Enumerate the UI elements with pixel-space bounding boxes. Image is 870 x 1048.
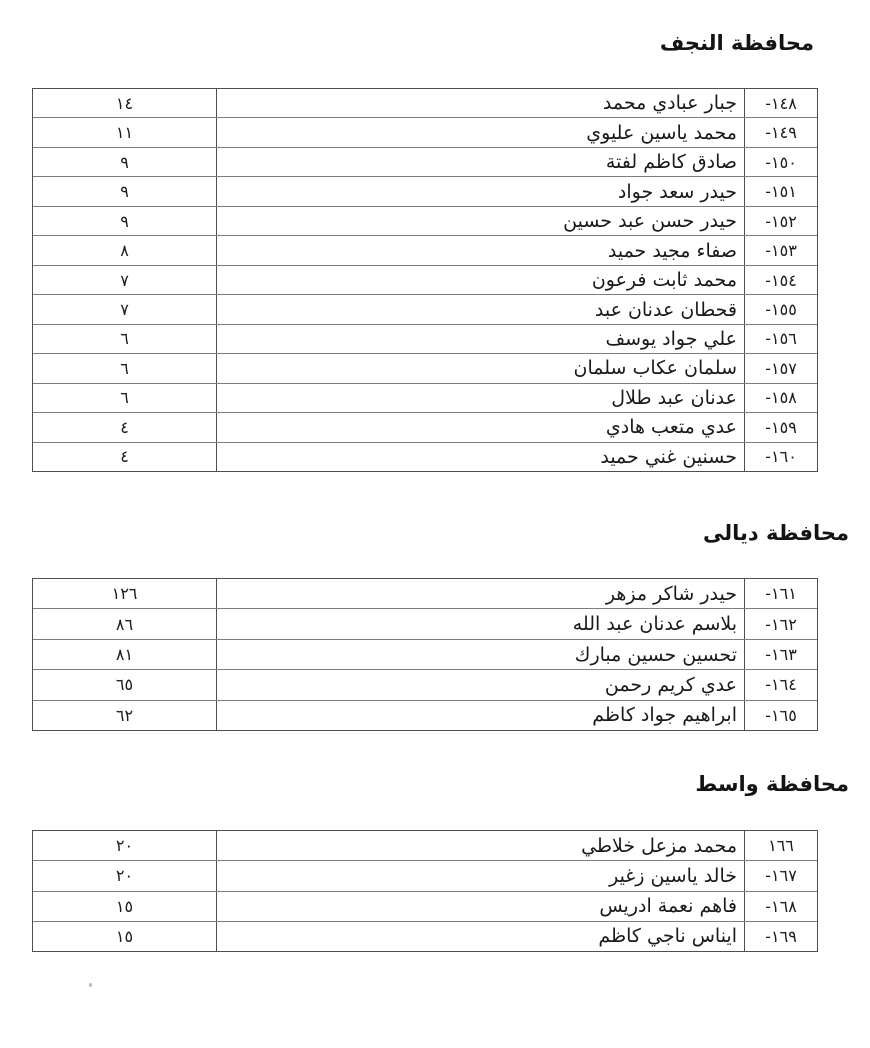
table-row: ١٥٠-صادق كاظم لفتة٩ — [33, 147, 817, 176]
row-index-cell: ١٥١- — [744, 177, 817, 205]
row-index-cell: ١٥٩- — [744, 413, 817, 441]
row-index-cell: ١٦٦ — [744, 831, 817, 860]
table-row: ١٥٤-محمد ثابت فرعون٧ — [33, 265, 817, 294]
row-name-cell: ابراهيم جواد كاظم — [216, 701, 744, 730]
row-index-cell: ١٦٣- — [744, 640, 817, 669]
row-name-cell: بلاسم عدنان عبد الله — [216, 609, 744, 638]
row-count-cell: ٢٠ — [33, 831, 216, 860]
row-count-cell: ٦٥ — [33, 670, 216, 699]
row-name-cell: حيدر شاكر مزهر — [216, 579, 744, 608]
row-name-cell: عدي كريم رحمن — [216, 670, 744, 699]
table-row: ١٦٧-خالد ياسين زغير٢٠ — [33, 860, 817, 890]
table-row: ١٦٨-فاهم نعمة ادريس١٥ — [33, 891, 817, 921]
row-count-cell: ٩ — [33, 177, 216, 205]
row-name-cell: تحسين حسين مبارك — [216, 640, 744, 669]
row-name-cell: خالد ياسين زغير — [216, 861, 744, 890]
row-index-cell: ١٤٩- — [744, 118, 817, 146]
row-name-cell: حيدر سعد جواد — [216, 177, 744, 205]
row-index-cell: ١٦٧- — [744, 861, 817, 890]
row-index-cell: ١٥٠- — [744, 148, 817, 176]
table-row: ١٦٣-تحسين حسين مبارك٨١ — [33, 639, 817, 669]
table-row: ١٦٩-ايناس ناجي كاظم١٥ — [33, 921, 817, 951]
table-row: ١٥٩-عدي متعب هادي٤ — [33, 412, 817, 441]
row-index-cell: ١٦٢- — [744, 609, 817, 638]
row-index-cell: ١٦٥- — [744, 701, 817, 730]
row-index-cell: ١٦٨- — [744, 892, 817, 921]
row-index-cell: ١٥٧- — [744, 354, 817, 382]
row-name-cell: جبار عبادي محمد — [216, 89, 744, 117]
row-name-cell: عدنان عبد طلال — [216, 384, 744, 412]
section-title-wasit: محافظة واسط — [695, 772, 849, 796]
row-name-cell: محمد مزعل خلاطي — [216, 831, 744, 860]
table-row: ١٤٨-جبار عبادي محمد١٤ — [33, 89, 817, 117]
table-row: ١٥٢-حيدر حسن عبد حسين٩ — [33, 206, 817, 235]
diyala-roster-table: ١٦١-حيدر شاكر مزهر١٢٦١٦٢-بلاسم عدنان عبد… — [32, 578, 818, 731]
row-count-cell: ٧ — [33, 295, 216, 323]
row-name-cell: فاهم نعمة ادريس — [216, 892, 744, 921]
table-row: ١٥٥-قحطان عدنان عبد٧ — [33, 294, 817, 323]
scanned-document-page: محافظة النجف ١٤٨-جبار عبادي محمد١٤١٤٩-مح… — [0, 0, 870, 1048]
table-row: ١٦١-حيدر شاكر مزهر١٢٦ — [33, 579, 817, 608]
row-name-cell: علي جواد يوسف — [216, 325, 744, 353]
row-count-cell: ٧ — [33, 266, 216, 294]
najaf-roster-table: ١٤٨-جبار عبادي محمد١٤١٤٩-محمد ياسين عليو… — [32, 88, 818, 472]
row-count-cell: ١١ — [33, 118, 216, 146]
row-index-cell: ١٦٤- — [744, 670, 817, 699]
row-index-cell: ١٥٣- — [744, 236, 817, 264]
row-count-cell: ٦ — [33, 354, 216, 382]
table-row: ١٦٠-حسنين غني حميد٤ — [33, 442, 817, 471]
row-index-cell: ١٥٨- — [744, 384, 817, 412]
table-row: ١٥٣-صفاء مجيد حميد٨ — [33, 235, 817, 264]
row-count-cell: ١٢٦ — [33, 579, 216, 608]
table-row: ١٥١-حيدر سعد جواد٩ — [33, 176, 817, 205]
section-title-diyala: محافظة ديالى — [703, 521, 849, 545]
row-name-cell: قحطان عدنان عبد — [216, 295, 744, 323]
row-count-cell: ٤ — [33, 413, 216, 441]
table-row: ١٥٧-سلمان عكاب سلمان٦ — [33, 353, 817, 382]
row-count-cell: ٩ — [33, 207, 216, 235]
row-name-cell: صادق كاظم لفتة — [216, 148, 744, 176]
row-index-cell: ١٤٨- — [744, 89, 817, 117]
row-count-cell: ٨ — [33, 236, 216, 264]
row-count-cell: ١٥ — [33, 892, 216, 921]
row-name-cell: محمد ثابت فرعون — [216, 266, 744, 294]
table-row: ١٦٦محمد مزعل خلاطي٢٠ — [33, 831, 817, 860]
row-count-cell: ٦ — [33, 384, 216, 412]
row-count-cell: ١٥ — [33, 922, 216, 951]
scan-artifact — [89, 983, 92, 987]
wasit-roster-table: ١٦٦محمد مزعل خلاطي٢٠١٦٧-خالد ياسين زغير٢… — [32, 830, 818, 952]
row-count-cell: ٨٦ — [33, 609, 216, 638]
row-name-cell: حيدر حسن عبد حسين — [216, 207, 744, 235]
row-name-cell: صفاء مجيد حميد — [216, 236, 744, 264]
row-count-cell: ١٤ — [33, 89, 216, 117]
row-count-cell: ٨١ — [33, 640, 216, 669]
row-name-cell: عدي متعب هادي — [216, 413, 744, 441]
table-row: ١٦٤-عدي كريم رحمن٦٥ — [33, 669, 817, 699]
row-index-cell: ١٥٤- — [744, 266, 817, 294]
row-count-cell: ٩ — [33, 148, 216, 176]
row-index-cell: ١٦٠- — [744, 443, 817, 471]
table-row: ١٤٩-محمد ياسين عليوي١١ — [33, 117, 817, 146]
row-name-cell: محمد ياسين عليوي — [216, 118, 744, 146]
row-index-cell: ١٦٩- — [744, 922, 817, 951]
row-name-cell: ايناس ناجي كاظم — [216, 922, 744, 951]
table-row: ١٥٨-عدنان عبد طلال٦ — [33, 383, 817, 412]
row-index-cell: ١٦١- — [744, 579, 817, 608]
table-row: ١٦٢-بلاسم عدنان عبد الله٨٦ — [33, 608, 817, 638]
row-name-cell: سلمان عكاب سلمان — [216, 354, 744, 382]
section-title-najaf: محافظة النجف — [660, 31, 814, 55]
table-row: ١٥٦-علي جواد يوسف٦ — [33, 324, 817, 353]
row-index-cell: ١٥٢- — [744, 207, 817, 235]
row-count-cell: ٦٢ — [33, 701, 216, 730]
table-row: ١٦٥-ابراهيم جواد كاظم٦٢ — [33, 700, 817, 730]
row-count-cell: ٢٠ — [33, 861, 216, 890]
row-count-cell: ٦ — [33, 325, 216, 353]
row-count-cell: ٤ — [33, 443, 216, 471]
row-name-cell: حسنين غني حميد — [216, 443, 744, 471]
row-index-cell: ١٥٥- — [744, 295, 817, 323]
row-index-cell: ١٥٦- — [744, 325, 817, 353]
